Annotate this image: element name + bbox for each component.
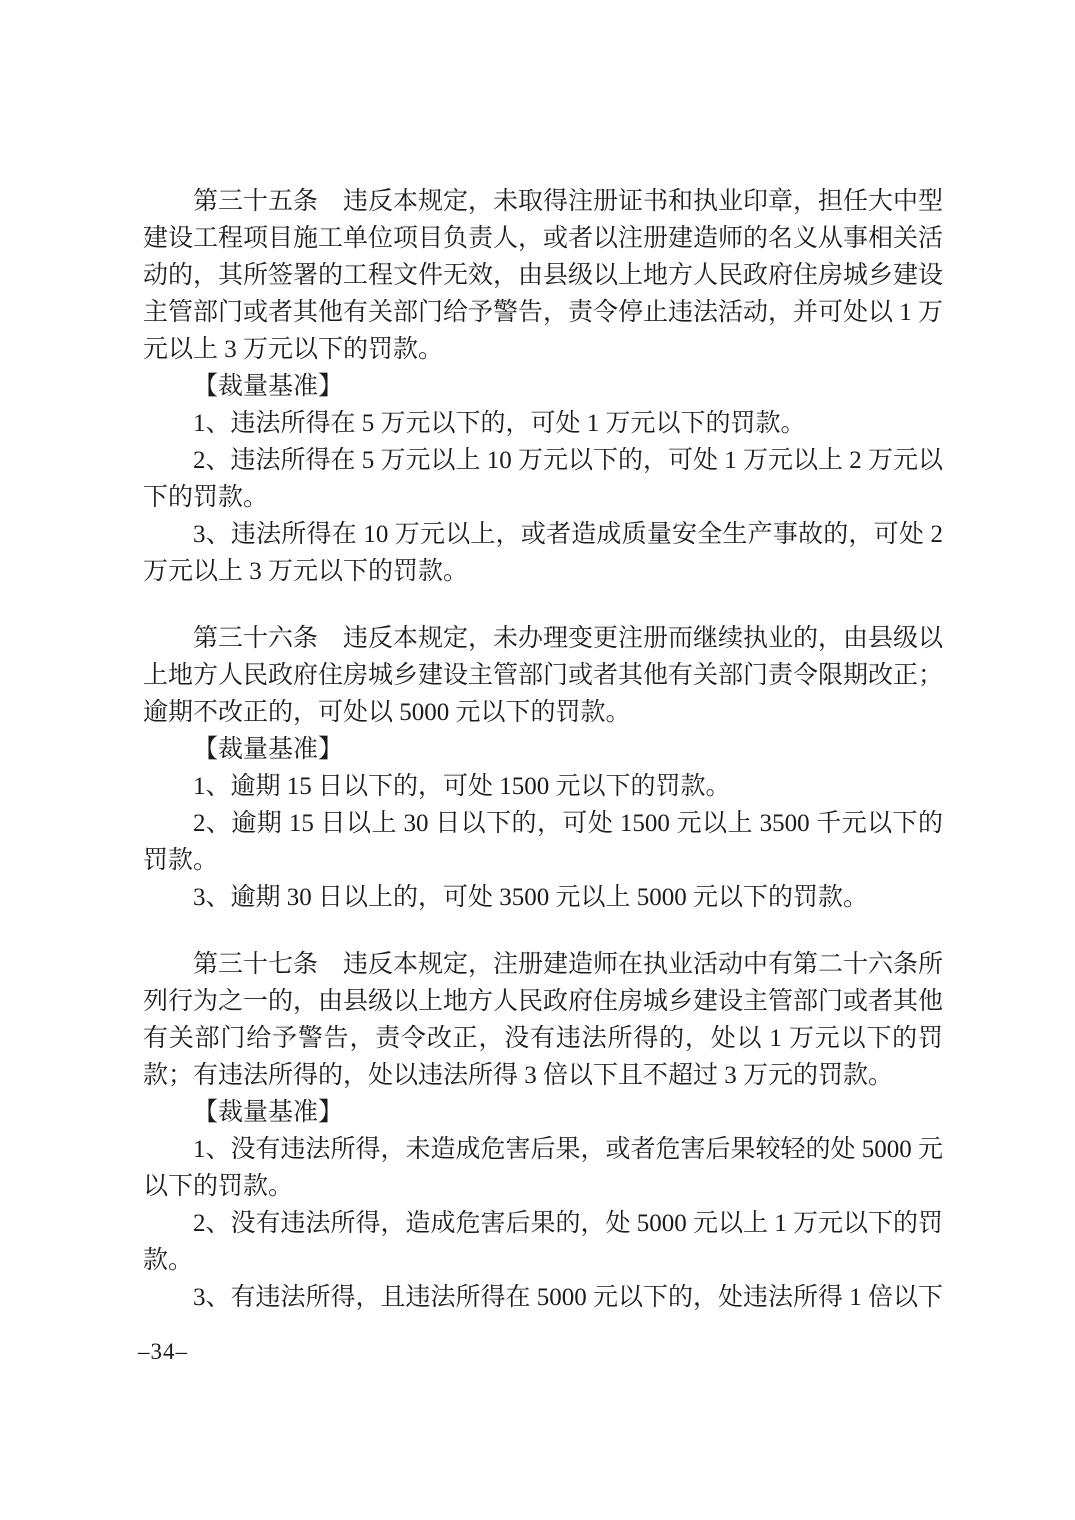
- article-35: 第三十五条 违反本规定，未取得注册证书和执业印章，担任大中型建设工程项目施工单位…: [143, 183, 943, 590]
- page-number: –34–: [138, 1338, 188, 1366]
- article-37: 第三十七条 违反本规定，注册建造师在执业活动中有第二十六条所列行为之一的，由县级…: [143, 946, 943, 1316]
- article-37-item-3: 3、有违法所得，且违法所得在 5000 元以下的，处违法所得 1 倍以下: [143, 1279, 943, 1316]
- article-35-item-3: 3、违法所得在 10 万元以上，或者造成质量安全生产事故的，可处 2 万元以上 …: [143, 516, 943, 590]
- article-36: 第三十六条 违反本规定，未办理变更注册而继续执业的，由县级以上地方人民政府住房城…: [143, 620, 943, 916]
- article-37-item-2: 2、没有违法所得，造成危害后果的，处 5000 元以上 1 万元以下的罚款。: [143, 1205, 943, 1279]
- article-37-body: 第三十七条 违反本规定，注册建造师在执业活动中有第二十六条所列行为之一的，由县级…: [143, 946, 943, 1094]
- article-35-item-2: 2、违法所得在 5 万元以上 10 万元以下的，可处 1 万元以上 2 万元以下…: [143, 442, 943, 516]
- article-37-basis-label: 【裁量基准】: [143, 1094, 943, 1131]
- article-35-body: 第三十五条 违反本规定，未取得注册证书和执业印章，担任大中型建设工程项目施工单位…: [143, 183, 943, 368]
- article-35-item-1: 1、违法所得在 5 万元以下的，可处 1 万元以下的罚款。: [143, 405, 943, 442]
- article-36-item-2: 2、逾期 15 日以上 30 日以下的，可处 1500 元以上 3500 千元以…: [143, 805, 943, 879]
- article-36-basis-label: 【裁量基准】: [143, 731, 943, 768]
- article-37-item-1: 1、没有违法所得，未造成危害后果，或者危害后果较轻的处 5000 元以下的罚款。: [143, 1131, 943, 1205]
- article-35-basis-label: 【裁量基准】: [143, 368, 943, 405]
- document-page-content: 第三十五条 违反本规定，未取得注册证书和执业印章，担任大中型建设工程项目施工单位…: [143, 183, 943, 1316]
- article-36-item-3: 3、逾期 30 日以上的，可处 3500 元以上 5000 元以下的罚款。: [143, 879, 943, 916]
- article-36-item-1: 1、逾期 15 日以下的，可处 1500 元以下的罚款。: [143, 768, 943, 805]
- article-36-body: 第三十六条 违反本规定，未办理变更注册而继续执业的，由县级以上地方人民政府住房城…: [143, 620, 943, 731]
